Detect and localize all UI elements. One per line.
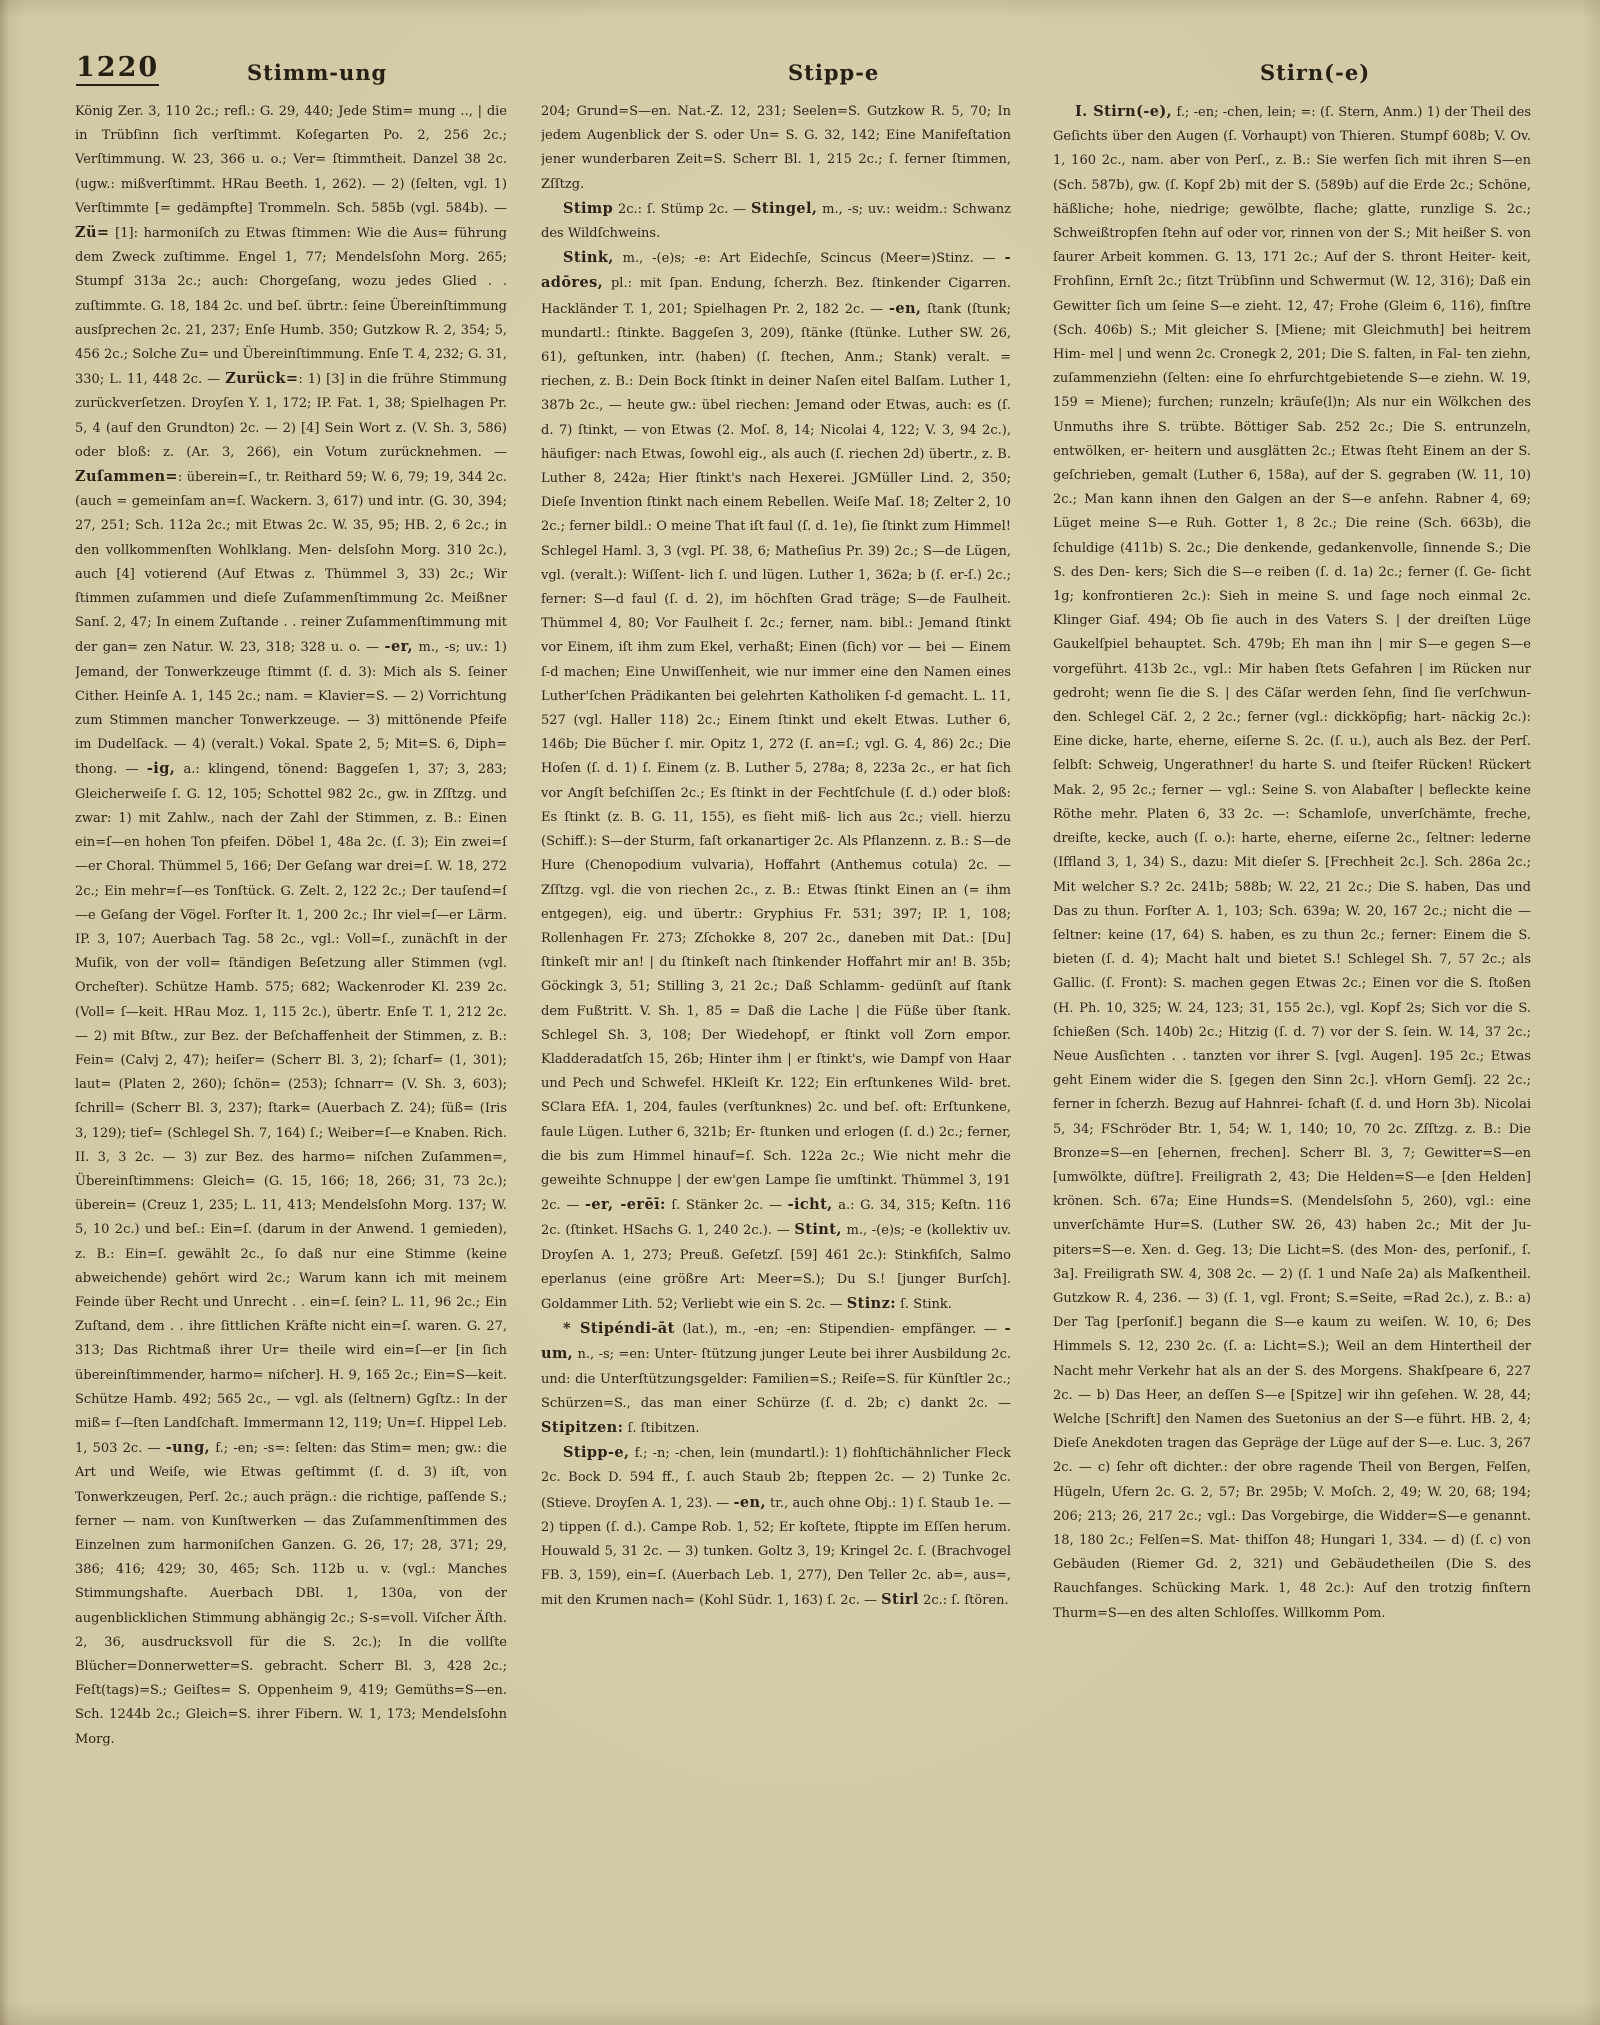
entry-text: [1]: harmoniſch zu Etwas ſtimmen: Wie di… <box>75 226 507 387</box>
entry-text: 2c.: ſ. ſtören. <box>919 1593 1009 1608</box>
entry-stirn: I. Stirn(-e), f.; -en; -chen, lein; =: (… <box>1053 100 1531 1626</box>
entry-headword: -icht, <box>788 1196 833 1213</box>
entry-headword: Zuſammen= <box>75 468 178 485</box>
entry-headword: Stink, <box>563 249 614 266</box>
entry-text: ſtank (ſtunk; mundartl.: ſtinkte. Baggeſ… <box>541 302 1011 1214</box>
entry-text: f.; -en; -s=: ſelten: das Stim= men; gw.… <box>75 1441 507 1746</box>
entry-text: m., -(e)s; -e: Art Eidechſe, Scincus (Me… <box>614 251 1005 266</box>
entry-headword: Stipp-e, <box>563 1444 629 1461</box>
running-head-right: Stirn(-e) <box>1260 60 1370 85</box>
entry-text: n., -s; =en: Unter- ſtützung junger Leut… <box>541 1347 1011 1410</box>
entry-text: ſ. ſtibitzen. <box>623 1421 699 1436</box>
entry-stippe: Stipp-e, f.; -n; -chen, lein (mundartl.)… <box>541 1441 1011 1613</box>
entry-text: 204; Grund=S—en. Nat.-Z. 12, 231; Seelen… <box>541 104 1011 192</box>
entry-headword: * Stipéndi-āt <box>563 1320 675 1337</box>
col2-continuation: 204; Grund=S—en. Nat.-Z. 12, 231; Seelen… <box>541 100 1011 197</box>
entry-headword: -en, <box>733 1494 765 1511</box>
running-head-left: Stimm-ung <box>247 60 387 85</box>
entry-headword: -er, -erēī: <box>585 1196 666 1213</box>
text-column-1: König Zer. 3, 110 2c.; refl.: G. 29, 440… <box>75 100 507 1800</box>
entry-headword: -ig, <box>147 760 175 777</box>
entry-headword: Stipitzen: <box>541 1419 623 1436</box>
entry-text: a.: klingend, tönend: Baggeſen 1, 37; 3,… <box>75 762 507 1456</box>
running-head-middle: Stipp-e <box>788 60 879 85</box>
entry-headword: Stint, <box>794 1221 841 1238</box>
entry-headword: I. Stirn(-e), <box>1075 103 1172 120</box>
text-column-2: 204; Grund=S—en. Nat.-Z. 12, 231; Seelen… <box>541 100 1011 1910</box>
entry-headword: Stinz: <box>847 1295 896 1312</box>
entry-text: m., -s; uv.: 1) Jemand, der Tonwerkzeuge… <box>75 640 507 777</box>
entry-text: tr., auch ohne Obj.: 1) ſ. Staub 1e. — 2… <box>541 1496 1011 1609</box>
entry-headword: Stirl <box>881 1591 919 1608</box>
entry-text: (lat.), m., -en; -en: Stipendien- empfän… <box>675 1322 1005 1337</box>
col1-continuation-stimmung: König Zer. 3, 110 2c.; refl.: G. 29, 440… <box>75 100 507 1752</box>
entry-stink: Stink, m., -(e)s; -e: Art Eidechſe, Scin… <box>541 246 1011 1317</box>
entry-headword: -en, <box>889 300 921 317</box>
scanned-dictionary-page: 1220 Stimm-ung Stipp-e Stirn(-e) König Z… <box>0 0 1600 2025</box>
entry-stipendiat: * Stipéndi-āt (lat.), m., -en; -en: Stip… <box>541 1317 1011 1441</box>
text-column-3: I. Stirn(-e), f.; -en; -chen, lein; =: (… <box>1053 100 1531 1915</box>
entry-text: König Zer. 3, 110 2c.; refl.: G. 29, 440… <box>75 104 507 216</box>
entry-stimp: Stimp 2c.: ſ. Stümp 2c. — Stingel, m., -… <box>541 197 1011 246</box>
entry-headword: Stingel, <box>751 200 817 217</box>
page-number: 1220 <box>76 52 159 86</box>
entry-headword: -er, <box>385 638 413 655</box>
entry-headword: Zurück= <box>225 370 298 387</box>
entry-text: 2c.: ſ. Stümp 2c. — <box>613 202 751 217</box>
entry-text: : überein=ſ., tr. Reithard 59; W. 6, 79;… <box>75 470 507 655</box>
entry-text: f.; -en; -chen, lein; =: (ſ. Stern, Anm.… <box>1053 105 1531 1621</box>
entry-text: ſ. Stink. <box>896 1297 952 1312</box>
entry-headword: -ung, <box>166 1439 210 1456</box>
entry-headword: Stimp <box>563 200 613 217</box>
entry-headword: Zü= <box>75 224 109 241</box>
entry-text: ſ. Stänker 2c. — <box>666 1198 788 1213</box>
